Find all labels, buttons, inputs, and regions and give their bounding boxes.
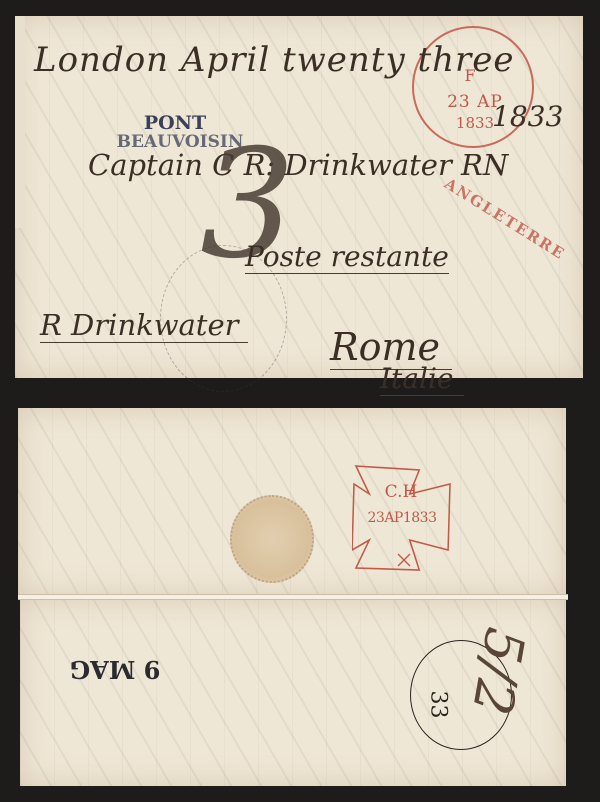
arrival-circle-year: 33 [426, 685, 451, 725]
faint-circular-postmark [160, 245, 287, 392]
wax-seal-remnant [230, 495, 314, 583]
addressee-text: Captain C R: Drinkwater RN [88, 148, 508, 182]
country-text: Italie [380, 362, 464, 396]
maltese-cross-line1: C.H [360, 482, 442, 502]
maltese-cross-line2: 23AP1833 [350, 510, 454, 526]
year-text: 1833 [492, 100, 563, 133]
red-postmark-day-text: 23 [447, 92, 471, 112]
poste-restante-text: Poste restante [245, 240, 449, 274]
dateline-text: London April twenty three [34, 40, 515, 80]
fold-edge [18, 594, 568, 600]
arrival-mark-9mag: 9 MAG [60, 655, 170, 684]
front-flap-edge [15, 16, 25, 228]
